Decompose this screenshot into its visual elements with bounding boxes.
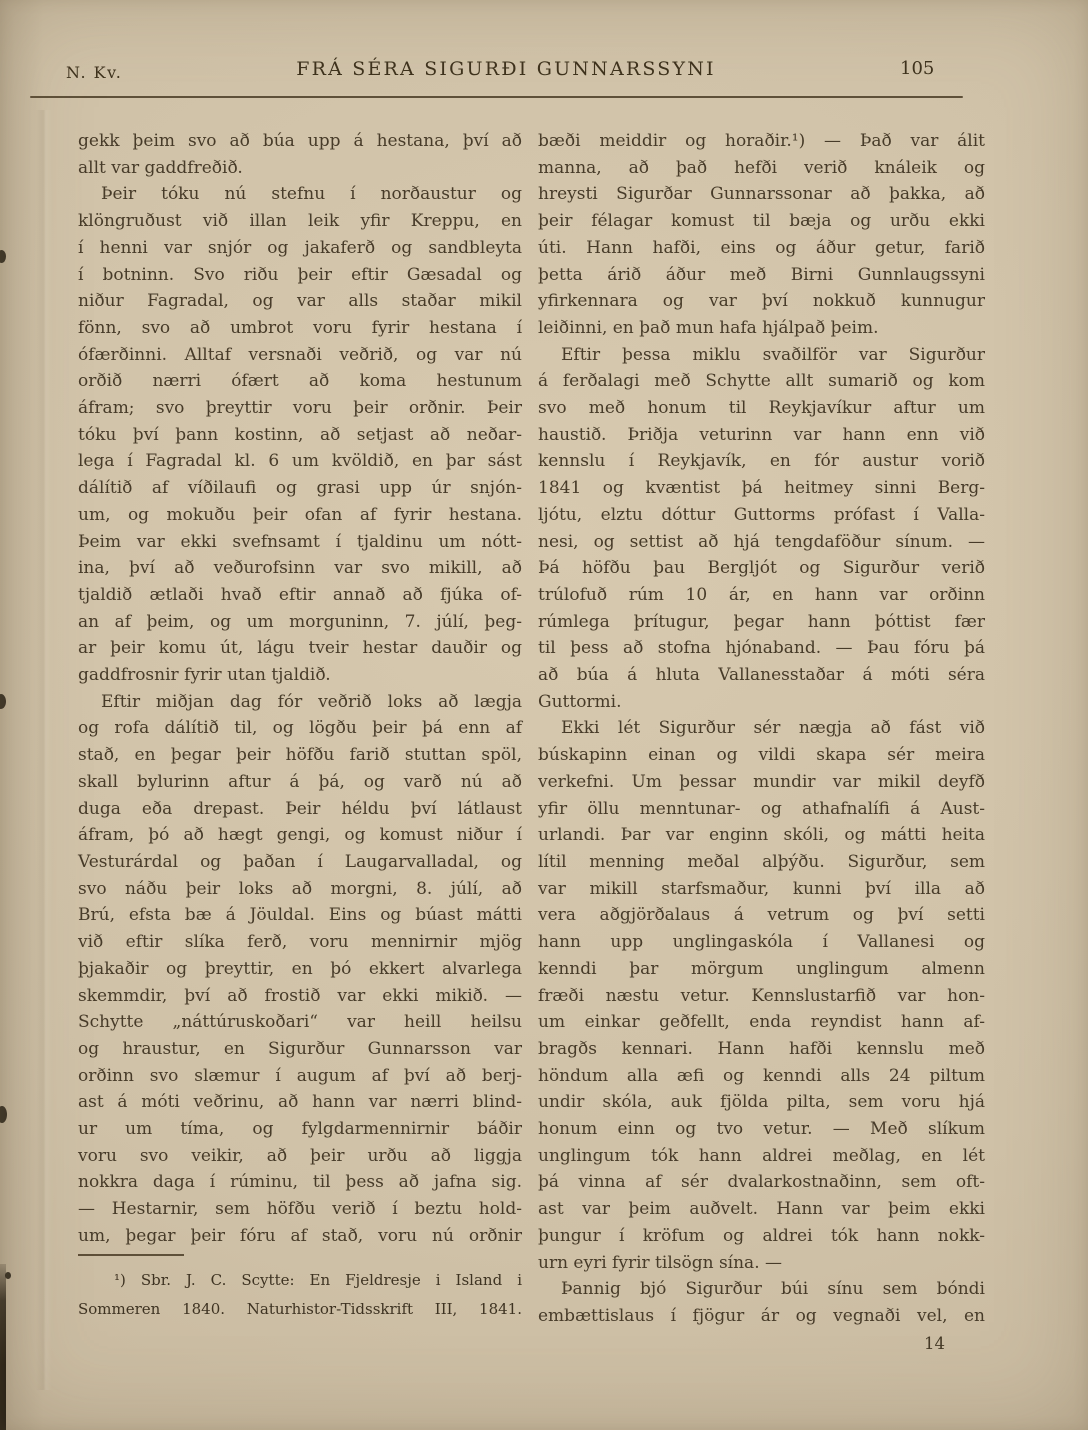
text-line: þeir félagar komust til bæja og urðu ekk… xyxy=(538,208,985,235)
text-line: leiðinni, en það mun hafa hjálpað þeim. xyxy=(538,315,985,342)
text-line: unglingum tók hann aldrei meðlag, en lét xyxy=(538,1143,985,1170)
text-line: svo með honum til Reykjavíkur aftur um xyxy=(538,395,985,422)
text-line: undir skóla, auk fjölda pilta, sem voru … xyxy=(538,1089,985,1116)
text-line: á ferðalagi með Schytte allt sumarið og … xyxy=(538,368,985,395)
text-line: nokkra daga í rúminu, til þess að jafna … xyxy=(78,1169,522,1196)
text-line: í botninn. Svo riðu þeir eftir Gæsadal o… xyxy=(78,262,522,289)
text-line: búskapinn einan og vildi skapa sér meira xyxy=(538,742,985,769)
text-line: Vesturárdal og þaðan í Laugarvalladal, o… xyxy=(78,849,522,876)
text-line: gekk þeim svo að búa upp á hestana, því … xyxy=(78,128,522,155)
text-line: 1841 og kvæntist þá heitmey sinni Berg- xyxy=(538,475,985,502)
text-line: — Hestarnir, sem höfðu verið í beztu hol… xyxy=(78,1196,522,1223)
text-line: ina, því að veðurofsinn var svo mikill, … xyxy=(78,555,522,582)
text-line: Sommeren 1840. Naturhistor-Tidsskrift II… xyxy=(78,1295,522,1324)
text-line: voru svo veikir, að þeir urðu að liggja xyxy=(78,1143,522,1170)
text-line: gaddfrosnir fyrir utan tjaldið. xyxy=(78,662,522,689)
text-line: Eftir þessa miklu svaðilför var Sigurður xyxy=(538,342,985,369)
text-line: Þeim var ekki svefnsamt í tjaldinu um nó… xyxy=(78,529,522,556)
text-line: urlandi. Þar var enginn skóli, og mátti … xyxy=(538,822,985,849)
text-line: við eftir slíka ferð, voru mennirnir mjö… xyxy=(78,929,522,956)
text-line: Ekki lét Sigurður sér nægja að fást við xyxy=(538,715,985,742)
text-line: nesi, og settist að hjá tengdaföður sínu… xyxy=(538,529,985,556)
text-line: kenndi þar mörgum unglingum almenn xyxy=(538,956,985,983)
text-line: klöngruðust við illan leik yfir Kreppu, … xyxy=(78,208,522,235)
text-line: dálítið af víðilaufi og grasi upp úr snj… xyxy=(78,475,522,502)
text-line: áfram; svo þreyttir voru þeir orðnir. Þe… xyxy=(78,395,522,422)
text-line: orðið nærri ófært að koma hestunum xyxy=(78,368,522,395)
text-line: allt var gaddfreðið. xyxy=(78,155,522,182)
text-line: yfir öllu menntunar- og athafnalífi á Au… xyxy=(538,796,985,823)
text-line: stað, en þegar þeir höfðu farið stuttan … xyxy=(78,742,522,769)
footnote-text: ¹) Sbr. J. C. Scytte: En Fjeldresje i Is… xyxy=(78,1266,522,1324)
text-line: niður Fagradal, og var alls staðar mikil xyxy=(78,288,522,315)
text-line: var mikill starfsmaður, kunni því illa a… xyxy=(538,876,985,903)
scan-speck xyxy=(0,250,6,263)
text-line: úti. Hann hafði, eins og áður getur, far… xyxy=(538,235,985,262)
page-number: 105 xyxy=(900,58,960,79)
book-page: N. Kv. FRÁ SÉRA SIGURÐI GUNNARSSYNI 105 … xyxy=(0,0,1088,1430)
text-line: og hraustur, en Sigurður Gunnarsson var xyxy=(78,1036,522,1063)
text-line: þetta árið áður með Birni Gunnlaugssyni xyxy=(538,262,985,289)
text-line: Þeir tóku nú stefnu í norðaustur og xyxy=(78,181,522,208)
text-line: höndum alla æfi og kenndi alls 24 piltum xyxy=(538,1063,985,1090)
text-line: ljótu, elztu dóttur Guttorms prófast í V… xyxy=(538,502,985,529)
text-line: vera aðgjörðalaus á vetrum og því setti xyxy=(538,902,985,929)
text-line: ast á móti veðrinu, að hann var nærri bl… xyxy=(78,1089,522,1116)
text-line: lega í Fagradal kl. 6 um kvöldið, en þar… xyxy=(78,448,522,475)
text-line: þungur í kröfum og aldrei tók hann nokk- xyxy=(538,1223,985,1250)
text-line: Þannig bjó Sigurður búi sínu sem bóndi xyxy=(538,1276,985,1303)
text-line: ar þeir komu út, lágu tveir hestar dauði… xyxy=(78,635,522,662)
text-line: embættislaus í fjögur ár og vegnaði vel,… xyxy=(538,1303,985,1330)
text-line: kennslu í Reykjavík, en fór austur vorið xyxy=(538,448,985,475)
text-line: verkefni. Um þessar mundir var mikil dey… xyxy=(538,769,985,796)
footnote: ¹) Sbr. J. C. Scytte: En Fjeldresje i Is… xyxy=(78,1252,522,1324)
text-line: ur um tíma, og fylgdarmennirnir báðir xyxy=(78,1116,522,1143)
text-line: um einkar geðfellt, enda reyndist hann a… xyxy=(538,1009,985,1036)
text-line: duga eða drepast. Þeir héldu því látlaus… xyxy=(78,796,522,823)
text-line: urn eyri fyrir tilsögn sína. — xyxy=(538,1250,985,1277)
text-line: skemmdir, því að frostið var ekki mikið.… xyxy=(78,983,522,1010)
text-line: Guttormi. xyxy=(538,689,985,716)
text-line: að búa á hluta Vallanesstaðar á móti sér… xyxy=(538,662,985,689)
text-line: og rofa dálítið til, og lögðu þeir þá en… xyxy=(78,715,522,742)
text-line: fræði næstu vetur. Kennslustarfið var ho… xyxy=(538,983,985,1010)
text-line: þjakaðir og þreyttir, en þó ekkert alvar… xyxy=(78,956,522,983)
text-line: þá vinna af sér dvalarkostnaðinn, sem of… xyxy=(538,1169,985,1196)
text-line: honum einn og tvo vetur. — Með slíkum xyxy=(538,1116,985,1143)
text-line: tóku því þann kostinn, að setjast að neð… xyxy=(78,422,522,449)
footnote-rule xyxy=(78,1254,184,1256)
text-line: ast var þeim auðvelt. Hann var þeim ekki xyxy=(538,1196,985,1223)
text-line: til þess að stofna hjónaband. — Þau fóru… xyxy=(538,635,985,662)
text-line: Brú, efsta bæ á Jöuldal. Eins og búast m… xyxy=(78,902,522,929)
text-line: tjaldið ætlaði hvað eftir annað að fjúka… xyxy=(78,582,522,609)
text-line: rúmlega þrítugur, þegar hann þóttist fær xyxy=(538,609,985,636)
text-line: manna, að það hefði verið knáleik og xyxy=(538,155,985,182)
scan-speck xyxy=(0,1106,7,1123)
left-column: gekk þeim svo að búa upp á hestana, því … xyxy=(78,128,522,1250)
text-line: bæði meiddir og horaðir.¹) — Það var áli… xyxy=(538,128,985,155)
text-line: ófærðinni. Alltaf versnaði veðrið, og va… xyxy=(78,342,522,369)
header-rule xyxy=(30,96,963,98)
text-line: skall bylurinn aftur á þá, og varð nú að xyxy=(78,769,522,796)
text-line: orðinn svo slæmur í augum af því að berj… xyxy=(78,1063,522,1090)
text-line: trúlofuð rúm 10 ár, en hann var orðinn xyxy=(538,582,985,609)
text-line: áfram, þó að hægt gengi, og komust niður… xyxy=(78,822,522,849)
text-line: hreysti Sigurðar Gunnarssonar að þakka, … xyxy=(538,181,985,208)
scan-speck xyxy=(0,694,6,709)
paper-crease xyxy=(36,110,52,1390)
text-line: bragðs kennari. Hann hafði kennslu með xyxy=(538,1036,985,1063)
text-line: hann upp unglingaskóla í Vallanesi og xyxy=(538,929,985,956)
right-column: bæði meiddir og horaðir.¹) — Það var áli… xyxy=(538,128,985,1330)
text-line: Schytte „náttúruskoðari“ var heill heils… xyxy=(78,1009,522,1036)
text-line: Þá höfðu þau Bergljót og Sigurður verið xyxy=(538,555,985,582)
sheet-number: 14 xyxy=(538,1334,985,1353)
binding-shadow xyxy=(0,1264,6,1430)
text-line: yfirkennara og var því nokkuð kunnugur xyxy=(538,288,985,315)
text-line: haustið. Þriðja veturinn var hann enn vi… xyxy=(538,422,985,449)
text-line: svo náðu þeir loks að morgni, 8. júlí, a… xyxy=(78,876,522,903)
journal-abbreviation: N. Kv. xyxy=(66,63,122,82)
text-line: um, og mokuðu þeir ofan af fyrir hestana… xyxy=(78,502,522,529)
text-line: um, þegar þeir fóru af stað, voru nú orð… xyxy=(78,1223,522,1250)
text-line: ¹) Sbr. J. C. Scytte: En Fjeldresje i Is… xyxy=(78,1266,522,1295)
running-title: FRÁ SÉRA SIGURÐI GUNNARSSYNI xyxy=(0,58,1012,80)
text-line: Eftir miðjan dag fór veðrið loks að lægj… xyxy=(78,689,522,716)
text-line: an af þeim, og um morguninn, 7. júlí, þe… xyxy=(78,609,522,636)
text-line: í henni var snjór og jakaferð og sandble… xyxy=(78,235,522,262)
text-line: lítil menning meðal alþýðu. Sigurður, se… xyxy=(538,849,985,876)
text-line: fönn, svo að umbrot voru fyrir hestana í xyxy=(78,315,522,342)
scan-speck xyxy=(5,1272,11,1279)
